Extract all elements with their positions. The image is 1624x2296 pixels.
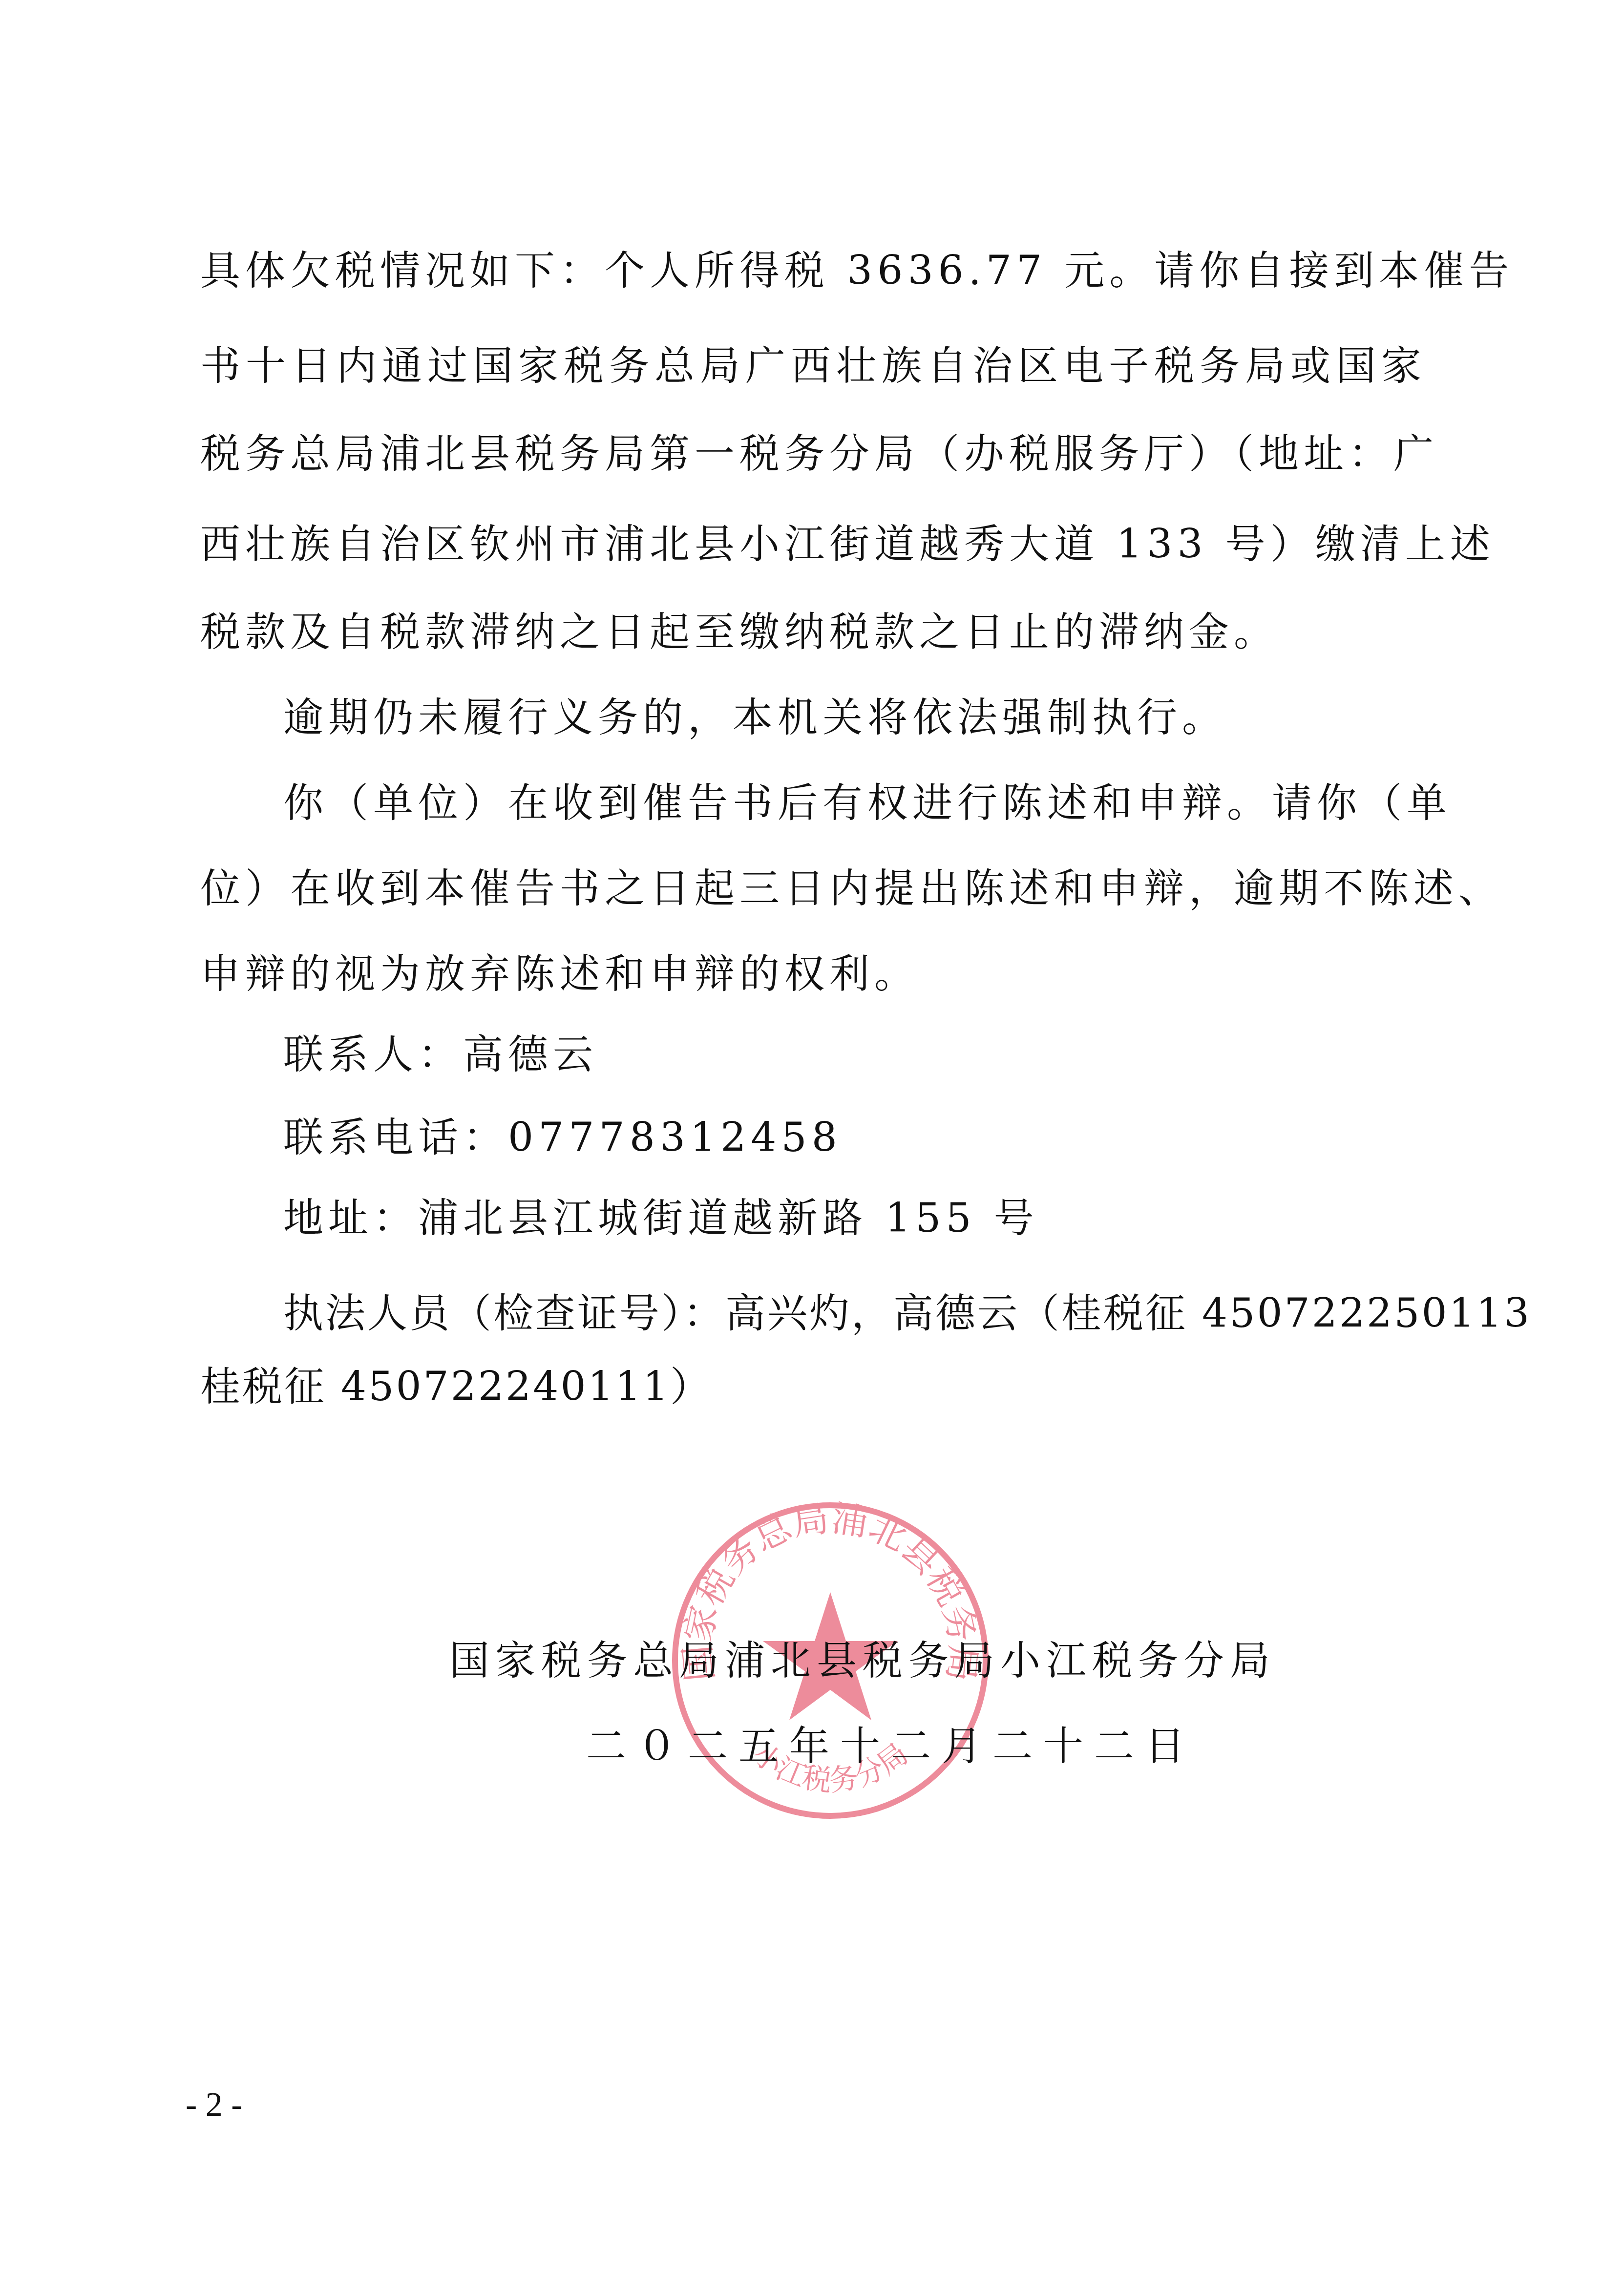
body-line: 具体欠税情况如下：个人所得税 3636.77 元。请你自接到本催告	[200, 247, 1426, 295]
officers-line: 执法人员（检查证号）：高兴灼，高德云（桂税征 450722250113	[283, 1289, 1509, 1338]
rights-line: 你（单位）在收到催告书后有权进行陈述和申辩。请你（单	[283, 779, 1426, 828]
page-number: - 2 -	[186, 2085, 243, 2125]
body-line: 税款及自税款滞纳之日起至缴纳税款之日止的滞纳金。	[200, 608, 1426, 657]
body-line: 书十日内通过国家税务总局广西壮族自治区电子税务局或国家	[200, 342, 1426, 391]
body-line: 税务总局浦北县税务局第一税务分局（办税服务厅）（地址：广	[200, 430, 1426, 479]
contact-phone: 联系电话：07778312458	[283, 1114, 1509, 1162]
rights-line: 位）在收到本催告书之日起三日内提出陈述和申辩，逾期不陈述、	[200, 864, 1426, 913]
officers-line: 桂税征 450722240111）	[200, 1363, 1426, 1411]
overdue-notice: 逾期仍未履行义务的，本机关将依法强制执行。	[283, 694, 1509, 742]
document-page: 具体欠税情况如下：个人所得税 3636.77 元。请你自接到本催告 书十日内通过…	[0, 0, 1624, 2296]
issue-date: 二０二五年十二月二十二日	[586, 1714, 1196, 1771]
body-line: 西壮族自治区钦州市浦北县小江街道越秀大道 133 号）缴清上述	[200, 520, 1426, 569]
issuer-name: 国家税务总局浦北县税务局小江税务分局	[449, 1629, 1276, 1686]
contact-person: 联系人：高德云	[283, 1031, 1509, 1079]
address: 地址：浦北县江城街道越新路 155 号	[283, 1194, 1509, 1243]
rights-line: 申辩的视为放弃陈述和申辩的权利。	[200, 950, 1426, 999]
